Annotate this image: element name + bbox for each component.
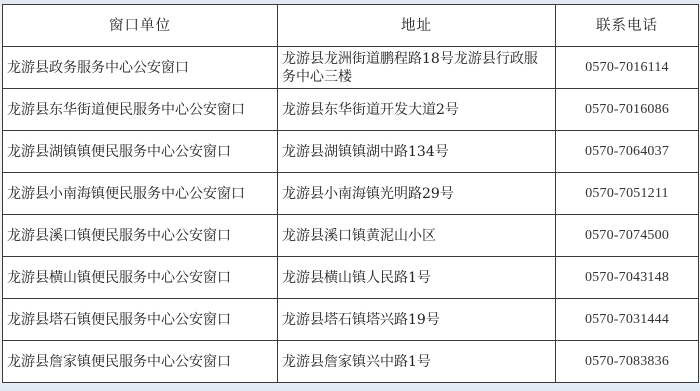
unit-cell: 龙游县政务服务中心公安窗口 bbox=[3, 47, 278, 89]
table-header-row: 窗口单位 地址 联系电话 bbox=[3, 5, 699, 47]
phone-cell: 0570-7074500 bbox=[556, 215, 699, 257]
phone-cell: 0570-7016086 bbox=[556, 89, 699, 131]
phone-cell: 0570-7064037 bbox=[556, 131, 699, 173]
unit-cell: 龙游县溪口镇便民服务中心公安窗口 bbox=[3, 215, 278, 257]
phone-cell: 0570-7083836 bbox=[556, 341, 699, 383]
header-window-unit: 窗口单位 bbox=[3, 5, 278, 47]
unit-cell: 龙游县横山镇便民服务中心公安窗口 bbox=[3, 257, 278, 299]
table-row: 龙游县小南海镇便民服务中心公安窗口 龙游县小南海镇光明路29号 0570-705… bbox=[3, 173, 699, 215]
phone-cell: 0570-7043148 bbox=[556, 257, 699, 299]
table-row: 龙游县塔石镇便民服务中心公安窗口 龙游县塔石镇塔兴路19号 0570-70314… bbox=[3, 299, 699, 341]
unit-cell: 龙游县小南海镇便民服务中心公安窗口 bbox=[3, 173, 278, 215]
header-address: 地址 bbox=[278, 5, 556, 47]
unit-cell: 龙游县东华街道便民服务中心公安窗口 bbox=[3, 89, 278, 131]
address-cell: 龙游县小南海镇光明路29号 bbox=[278, 173, 556, 215]
table-row: 龙游县政务服务中心公安窗口 龙游县龙洲街道鹏程路18号龙游县行政服务中心三楼 0… bbox=[3, 47, 699, 89]
address-cell: 龙游县湖镇镇湖中路134号 bbox=[278, 131, 556, 173]
bottom-background-band bbox=[0, 383, 700, 391]
phone-cell: 0570-7051211 bbox=[556, 173, 699, 215]
address-cell: 龙游县东华街道开发大道2号 bbox=[278, 89, 556, 131]
header-phone: 联系电话 bbox=[556, 5, 699, 47]
unit-cell: 龙游县詹家镇便民服务中心公安窗口 bbox=[3, 341, 278, 383]
table-row: 龙游县湖镇镇便民服务中心公安窗口 龙游县湖镇镇湖中路134号 0570-7064… bbox=[3, 131, 699, 173]
unit-cell: 龙游县塔石镇便民服务中心公安窗口 bbox=[3, 299, 278, 341]
address-cell: 龙游县溪口镇黄泥山小区 bbox=[278, 215, 556, 257]
address-cell: 龙游县横山镇人民路1号 bbox=[278, 257, 556, 299]
address-cell: 龙游县塔石镇塔兴路19号 bbox=[278, 299, 556, 341]
phone-cell: 0570-7016114 bbox=[556, 47, 699, 89]
phone-cell: 0570-7031444 bbox=[556, 299, 699, 341]
unit-cell: 龙游县湖镇镇便民服务中心公安窗口 bbox=[3, 131, 278, 173]
table-row: 龙游县溪口镇便民服务中心公安窗口 龙游县溪口镇黄泥山小区 0570-707450… bbox=[3, 215, 699, 257]
address-cell: 龙游县詹家镇兴中路1号 bbox=[278, 341, 556, 383]
table-row: 龙游县詹家镇便民服务中心公安窗口 龙游县詹家镇兴中路1号 0570-708383… bbox=[3, 341, 699, 383]
address-cell: 龙游县龙洲街道鹏程路18号龙游县行政服务中心三楼 bbox=[278, 47, 556, 89]
table-row: 龙游县横山镇便民服务中心公安窗口 龙游县横山镇人民路1号 0570-704314… bbox=[3, 257, 699, 299]
police-window-contact-table: 窗口单位 地址 联系电话 龙游县政务服务中心公安窗口 龙游县龙洲街道鹏程路18号… bbox=[2, 4, 699, 383]
table-row: 龙游县东华街道便民服务中心公安窗口 龙游县东华街道开发大道2号 0570-701… bbox=[3, 89, 699, 131]
